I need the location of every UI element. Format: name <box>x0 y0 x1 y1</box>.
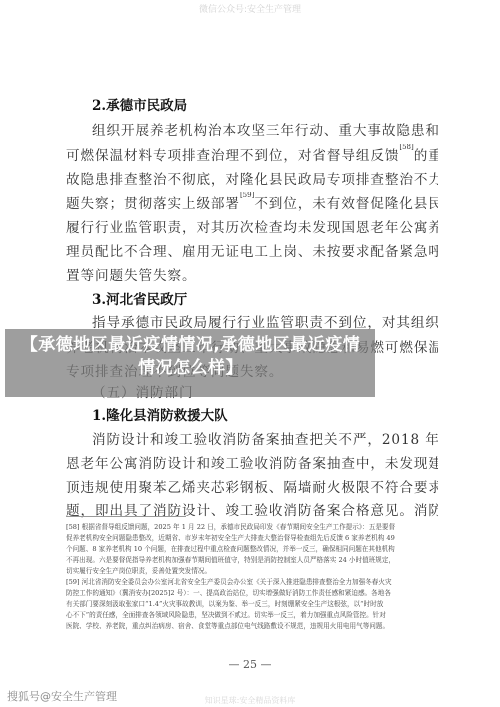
paragraph-line: 可燃保温材料专项排查治理不到位，对省督导组反馈[58]的重大事 <box>66 144 438 164</box>
footnote-divider <box>66 516 186 517</box>
footnote-line: 个问题、8 家养老机构 10 个问题，在排查过程中重点检查问题整改情况，并举一反… <box>66 544 441 555</box>
footnote-ref-59[interactable]: [59] <box>240 192 254 199</box>
footnote-line: [58] 根据省督导组反馈问题，2025 年 1 月 22 日，承德市民政局印发… <box>66 522 441 533</box>
footnote-line: [59] 河北省消防安全委员会办公室河北省安全生产委员会办公室《关于深入推进隐患… <box>66 577 441 588</box>
paragraph-line: 履行行业监管职责，对其历次检查均未发现国恩老年公寓养老护 <box>66 216 438 236</box>
paragraph-line: 置等问题失管失察。 <box>66 264 438 284</box>
section-heading-hebei-civil-affairs: 3.河北省民政厅 <box>92 288 187 308</box>
footnote-ref-58[interactable]: [58] <box>399 144 413 151</box>
watermark-top: 微信公众号:安全生产管理 <box>0 2 500 15</box>
paragraph-line: 顶违规使用聚苯乙烯夹芯彩钢板、隔墙耐火极限不符合要求等问 <box>66 476 438 496</box>
footnote-line: 切实履行安全生产岗位职责，妥善处置突发情况。 <box>66 566 441 577</box>
paragraph-line: 题失察；贯彻落实上级部署[59]不到位，未有效督促隆化县民政局 <box>66 192 438 212</box>
footnote-line: 促养老机构安全问题隐患整改，近期省、市岁末年初安全生产大排查大整治督导检查组先后… <box>66 533 441 544</box>
paragraph-line: 消防设计和竣工验收消防备案抽查把关不严，2018 年对国 <box>66 428 438 448</box>
footnote-line: 医院、学校、养老院，重点纠治病房、宿舍、食堂等重点部位电气线路敷设不规范，违规用… <box>66 621 441 632</box>
footnote-line: 不再出现。六是要督促指导养老机构加强春节期间值班值守，特别是消防控制室人员严格落… <box>66 555 441 566</box>
section-heading-chengde-civil-affairs: 2.承德市民政局 <box>92 94 187 114</box>
footnote-line: 有关部门要深刻汲取张家口“1.4”火灾事故教训，以案为鉴、举一反三，时刻绷紧安全… <box>66 599 441 610</box>
paragraph-line: 理员配比不合理、雇用无证电工上岗、未按要求配备紧急呼叫装 <box>66 240 438 260</box>
footnote-line: 防控工作的通知》（冀消安办[2025]2 号）：一、提高政治站位，切实增强做好消… <box>66 588 441 599</box>
footnote-line: 心不下”的责任感，全面排查各领域风险隐患，坚决做到不贰过。切实举一反三，着力加强… <box>66 610 441 621</box>
paragraph-line: 故隐患排查整治不彻底，对隆化县民政局专项排查整治不力等问 <box>66 168 438 188</box>
page-number: — 25 — <box>0 658 500 671</box>
watermark-bottom: 知识星球:安全精品资料库 <box>0 695 500 706</box>
paragraph-line: 指导承德市民政局履行行业监管职责不到位，对其组织开展 <box>66 311 438 331</box>
subsection-heading-longhua-fire: 1.隆化县消防救援大队 <box>92 404 228 424</box>
paragraph-line: 组织开展养老机构治本攻坚三年行动、重大事故隐患和易燃 <box>66 119 438 139</box>
overlay-title: 【承德地区最近疫情情况,承德地区最近疫情情况怎么样】 <box>18 334 363 380</box>
paragraph-line: 恩老年公寓消防设计和竣工验收消防备案抽查中，未发现建筑屋 <box>66 452 438 472</box>
